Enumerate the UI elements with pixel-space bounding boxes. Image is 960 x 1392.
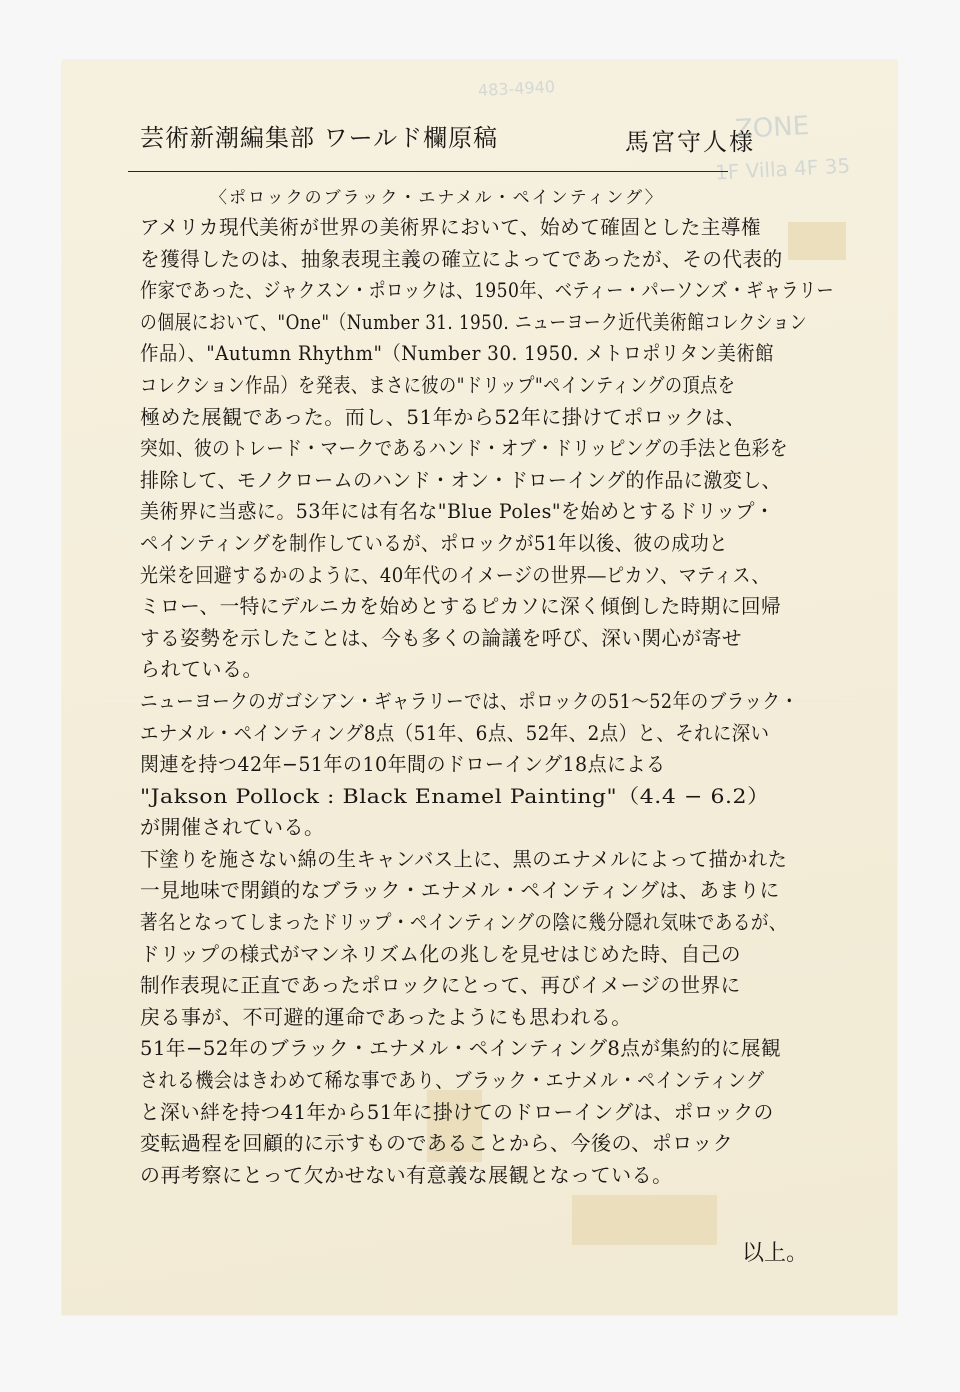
body-line: ミロー、一特にデルニカを始めとするピカソに深く傾倒した時期に回帰 xyxy=(140,591,855,623)
body-line: 制作表現に正直であったポロックにとって、再びイメージの世界に xyxy=(140,970,855,1002)
body-line: の個展において、"One"（Number 31. 1950. ニューヨーク近代美… xyxy=(140,307,855,339)
body-line: 突如、彼のトレード・マークであるハンド・オブ・ドリッピングの手法と色彩を xyxy=(140,433,855,465)
publication-name: 芸術新潮編集部 ワールド欄原稿 xyxy=(140,118,498,153)
body-line: 光栄を回避するかのように、40年代のイメージの世界―ピカソ、マティス、 xyxy=(140,560,855,592)
body-line: の再考察にとって欠かせない有意義な展観となっている。 xyxy=(140,1160,855,1192)
body-line: 関連を持つ42年−51年の10年間のドローイング18点による xyxy=(140,749,855,781)
body-line: 戻る事が、不可避的運命であったようにも思われる。 xyxy=(140,1002,855,1034)
body-line: エナメル・ペインティング8点（51年、6点、52年、2点）と、それに深い xyxy=(140,718,855,750)
body-line: 一見地味で閉鎖的なブラック・エナメル・ペインティングは、あまりに xyxy=(140,875,855,907)
manuscript-header: 芸術新潮編集部 ワールド欄原稿 馬宮守人様 xyxy=(140,118,860,158)
body-line: られている。 xyxy=(140,654,855,686)
body-line: 変転過程を回顧的に示すものであることから、今後の、ポロック xyxy=(140,1128,855,1160)
body-line: "Jakson Pollock : Black Enamel Painting"… xyxy=(140,781,855,813)
pencil-note-phone: 483-4940 xyxy=(477,76,555,102)
body-line: 著名となってしまったドリップ・ペインティングの陰に幾分隠れ気味であるが、 xyxy=(140,907,855,939)
body-line: アメリカ現代美術が世界の美術界において、始めて確固とした主導権 xyxy=(140,212,855,244)
article-title: 〈ポロックのブラック・エナメル・ペインティング〉 xyxy=(210,183,664,208)
recipient-name: 馬宮守人様 xyxy=(625,122,755,157)
body-line: ペインティングを制作しているが、ポロックが51年以後、彼の成功と xyxy=(140,528,855,560)
body-line: 下塗りを施さない綿の生キャンバス上に、黒のエナメルによって描かれた xyxy=(140,844,855,876)
body-line: と深い絆を持つ41年から51年に掛けてのドローイングは、ポロックの xyxy=(140,1097,855,1129)
body-line: される機会はきわめて稀な事であり、ブラック・エナメル・ペインティング xyxy=(140,1065,855,1097)
body-line: 極めた展観であった。而し、51年から52年に掛けてポロックは、 xyxy=(140,402,855,434)
body-line: ドリップの様式がマンネリズム化の兆しを見せはじめた時、自己の xyxy=(140,939,855,971)
body-line: 作家であった、ジャクスン・ポロックは、1950年、ベティー・パーソンズ・ギャラリ… xyxy=(140,275,855,307)
closing-signature: 以上。 xyxy=(742,1236,808,1267)
header-rule xyxy=(128,171,728,172)
body-line: 美術界に当惑に。53年には有名な"Blue Poles"を始めとするドリップ・ xyxy=(140,496,855,528)
body-line: 作品）、"Autumn Rhythm"（Number 30. 1950. メトロ… xyxy=(140,338,855,370)
article-body: アメリカ現代美術が世界の美術界において、始めて確固とした主導権 を獲得したのは、… xyxy=(140,212,855,1191)
body-line: が開催されている。 xyxy=(140,812,855,844)
body-line: する姿勢を示したことは、今も多くの論議を呼び、深い関心が寄せ xyxy=(140,623,855,655)
body-line: ニューヨークのガゴシアン・ギャラリーでは、ポロックの51〜52年のブラック・ xyxy=(140,686,855,718)
body-line: 51年−52年のブラック・エナメル・ペインティング8点が集約的に展観 xyxy=(140,1033,855,1065)
body-line: 排除して、モノクロームのハンド・オン・ドローイング的作品に激変し、 xyxy=(140,465,855,497)
correction-patch xyxy=(572,1195,717,1245)
body-line: コレクション作品）を発表、まさに彼の"ドリップ"ペインティングの頂点を xyxy=(140,370,855,402)
body-line: を獲得したのは、抽象表現主義の確立によってであったが、その代表的 xyxy=(140,244,855,276)
